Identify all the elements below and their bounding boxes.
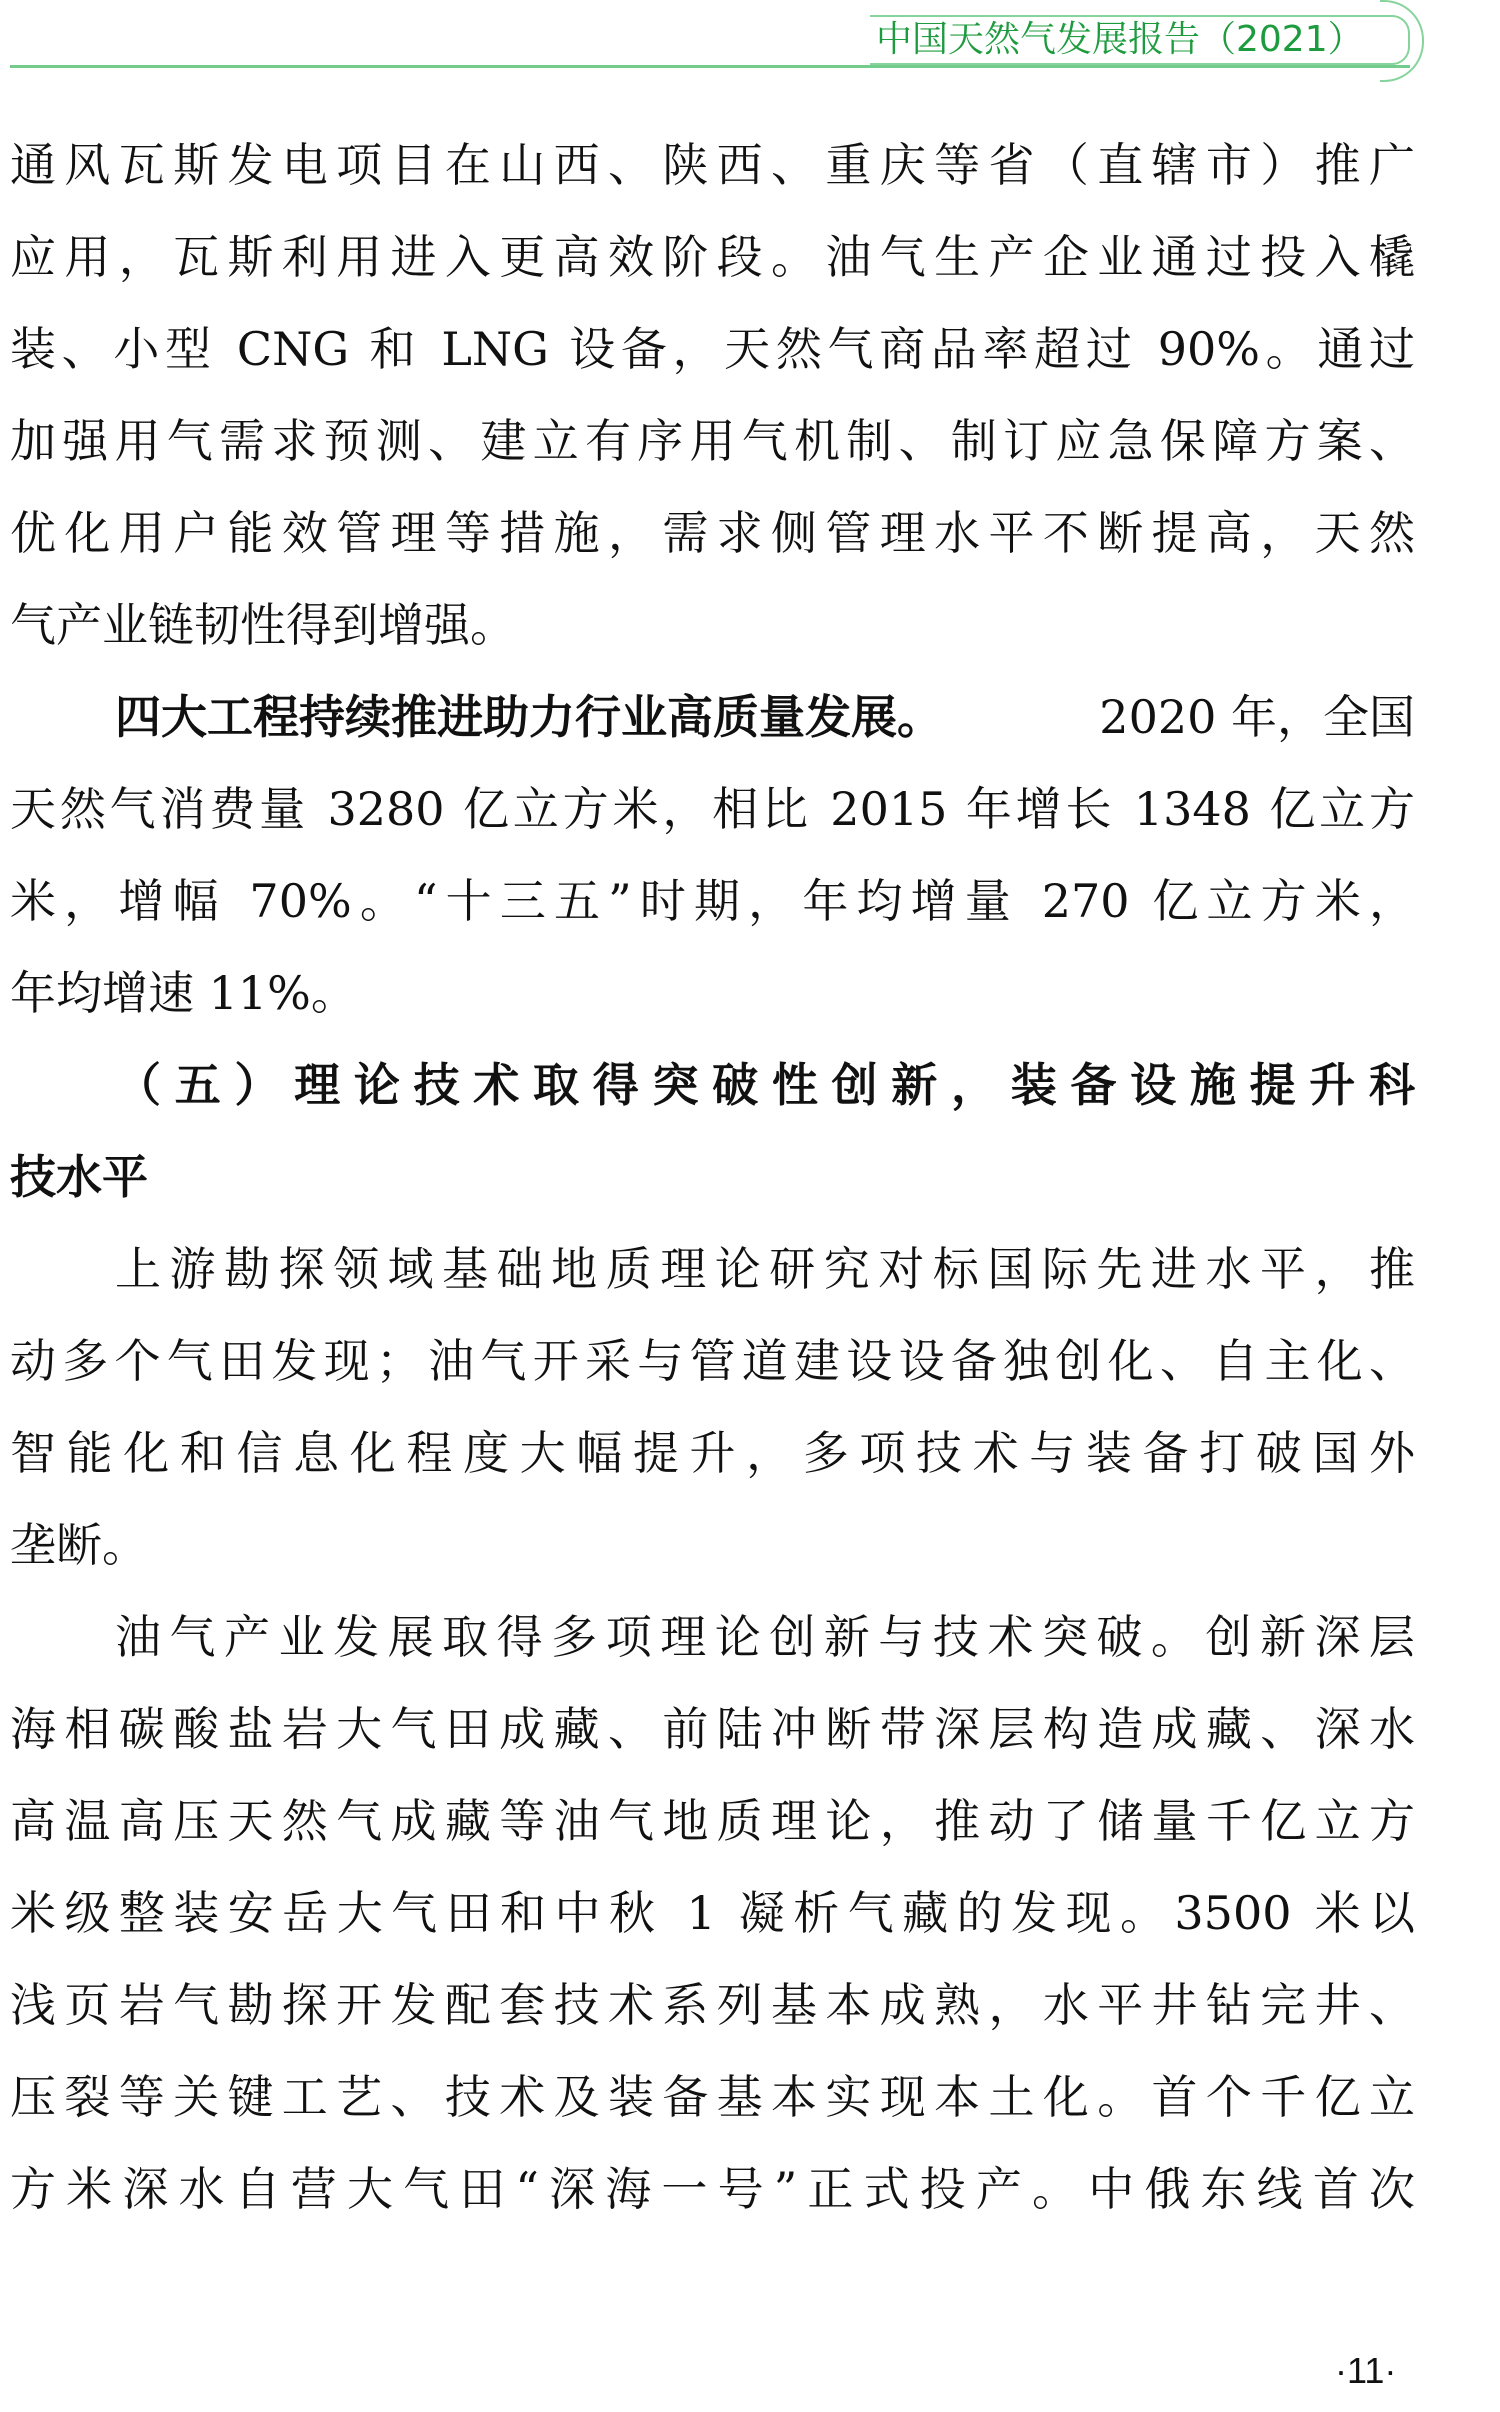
- body-line: 方米深水自营大气田“深海一号”正式投产。中俄东线首次: [10, 2159, 1415, 2219]
- section-heading-continuation: 技水平: [10, 1147, 1415, 1207]
- header-rule: [10, 65, 1410, 68]
- body-line: 米，增幅 70%。“十三五”时期，年均增量 270 亿立方米，: [10, 871, 1415, 931]
- body-line: 动多个气田发现；油气开采与管道建设设备独创化、自主化、: [10, 1331, 1415, 1391]
- body-line: 通风瓦斯发电项目在山西、陕西、重庆等省（直辖市）推广: [10, 135, 1415, 195]
- body-line: 海相碳酸盐岩大气田成藏、前陆冲断带深层构造成藏、深水: [10, 1699, 1415, 1759]
- bold-lead-sentence: 四大工程持续推进助力行业高质量发展。: [115, 687, 943, 747]
- body-line: 油气产业发展取得多项理论创新与技术突破。创新深层: [115, 1607, 1415, 1667]
- section-heading: （五）理论技术取得突破性创新，装备设施提升科: [115, 1055, 1415, 1115]
- body-line: 天然气消费量 3280 亿立方米，相比 2015 年增长 1348 亿立方: [10, 779, 1415, 839]
- body-line: 气产业链韧性得到增强。: [10, 595, 1415, 655]
- lead-continuation: 2020 年，全国: [1099, 687, 1415, 747]
- body-line: 压裂等关键工艺、技术及装备基本实现本土化。首个千亿立: [10, 2067, 1415, 2127]
- body-line: 加强用气需求预测、建立有序用气机制、制订应急保障方案、: [10, 411, 1415, 471]
- paragraph-lead: 四大工程持续推进助力行业高质量发展。 2020 年，全国: [115, 687, 1415, 747]
- body-line: 应用，瓦斯利用进入更高效阶段。油气生产企业通过投入橇: [10, 227, 1415, 287]
- body-line: 垄断。: [10, 1515, 1415, 1575]
- body-line: 上游勘探领域基础地质理论研究对标国际先进水平，推: [115, 1239, 1415, 1299]
- body-line: 装、小型 CNG 和 LNG 设备，天然气商品率超过 90%。通过: [10, 319, 1415, 379]
- body-line: 浅页岩气勘探开发配套技术系列基本成熟，水平井钻完井、: [10, 1975, 1415, 2035]
- report-title: 中国天然气发展报告（2021）: [876, 18, 1364, 62]
- body-line: 年均增速 11%。: [10, 963, 1415, 1023]
- body-line: 米级整装安岳大气田和中秋 1 凝析气藏的发现。3500 米以: [10, 1883, 1415, 1943]
- page-number: ·11·: [1335, 2350, 1396, 2392]
- body-line: 高温高压天然气成藏等油气地质理论，推动了储量千亿立方: [10, 1791, 1415, 1851]
- body-line: 智能化和信息化程度大幅提升，多项技术与装备打破国外: [10, 1423, 1415, 1483]
- body-line: 优化用户能效管理等措施，需求侧管理水平不断提高，天然: [10, 503, 1415, 563]
